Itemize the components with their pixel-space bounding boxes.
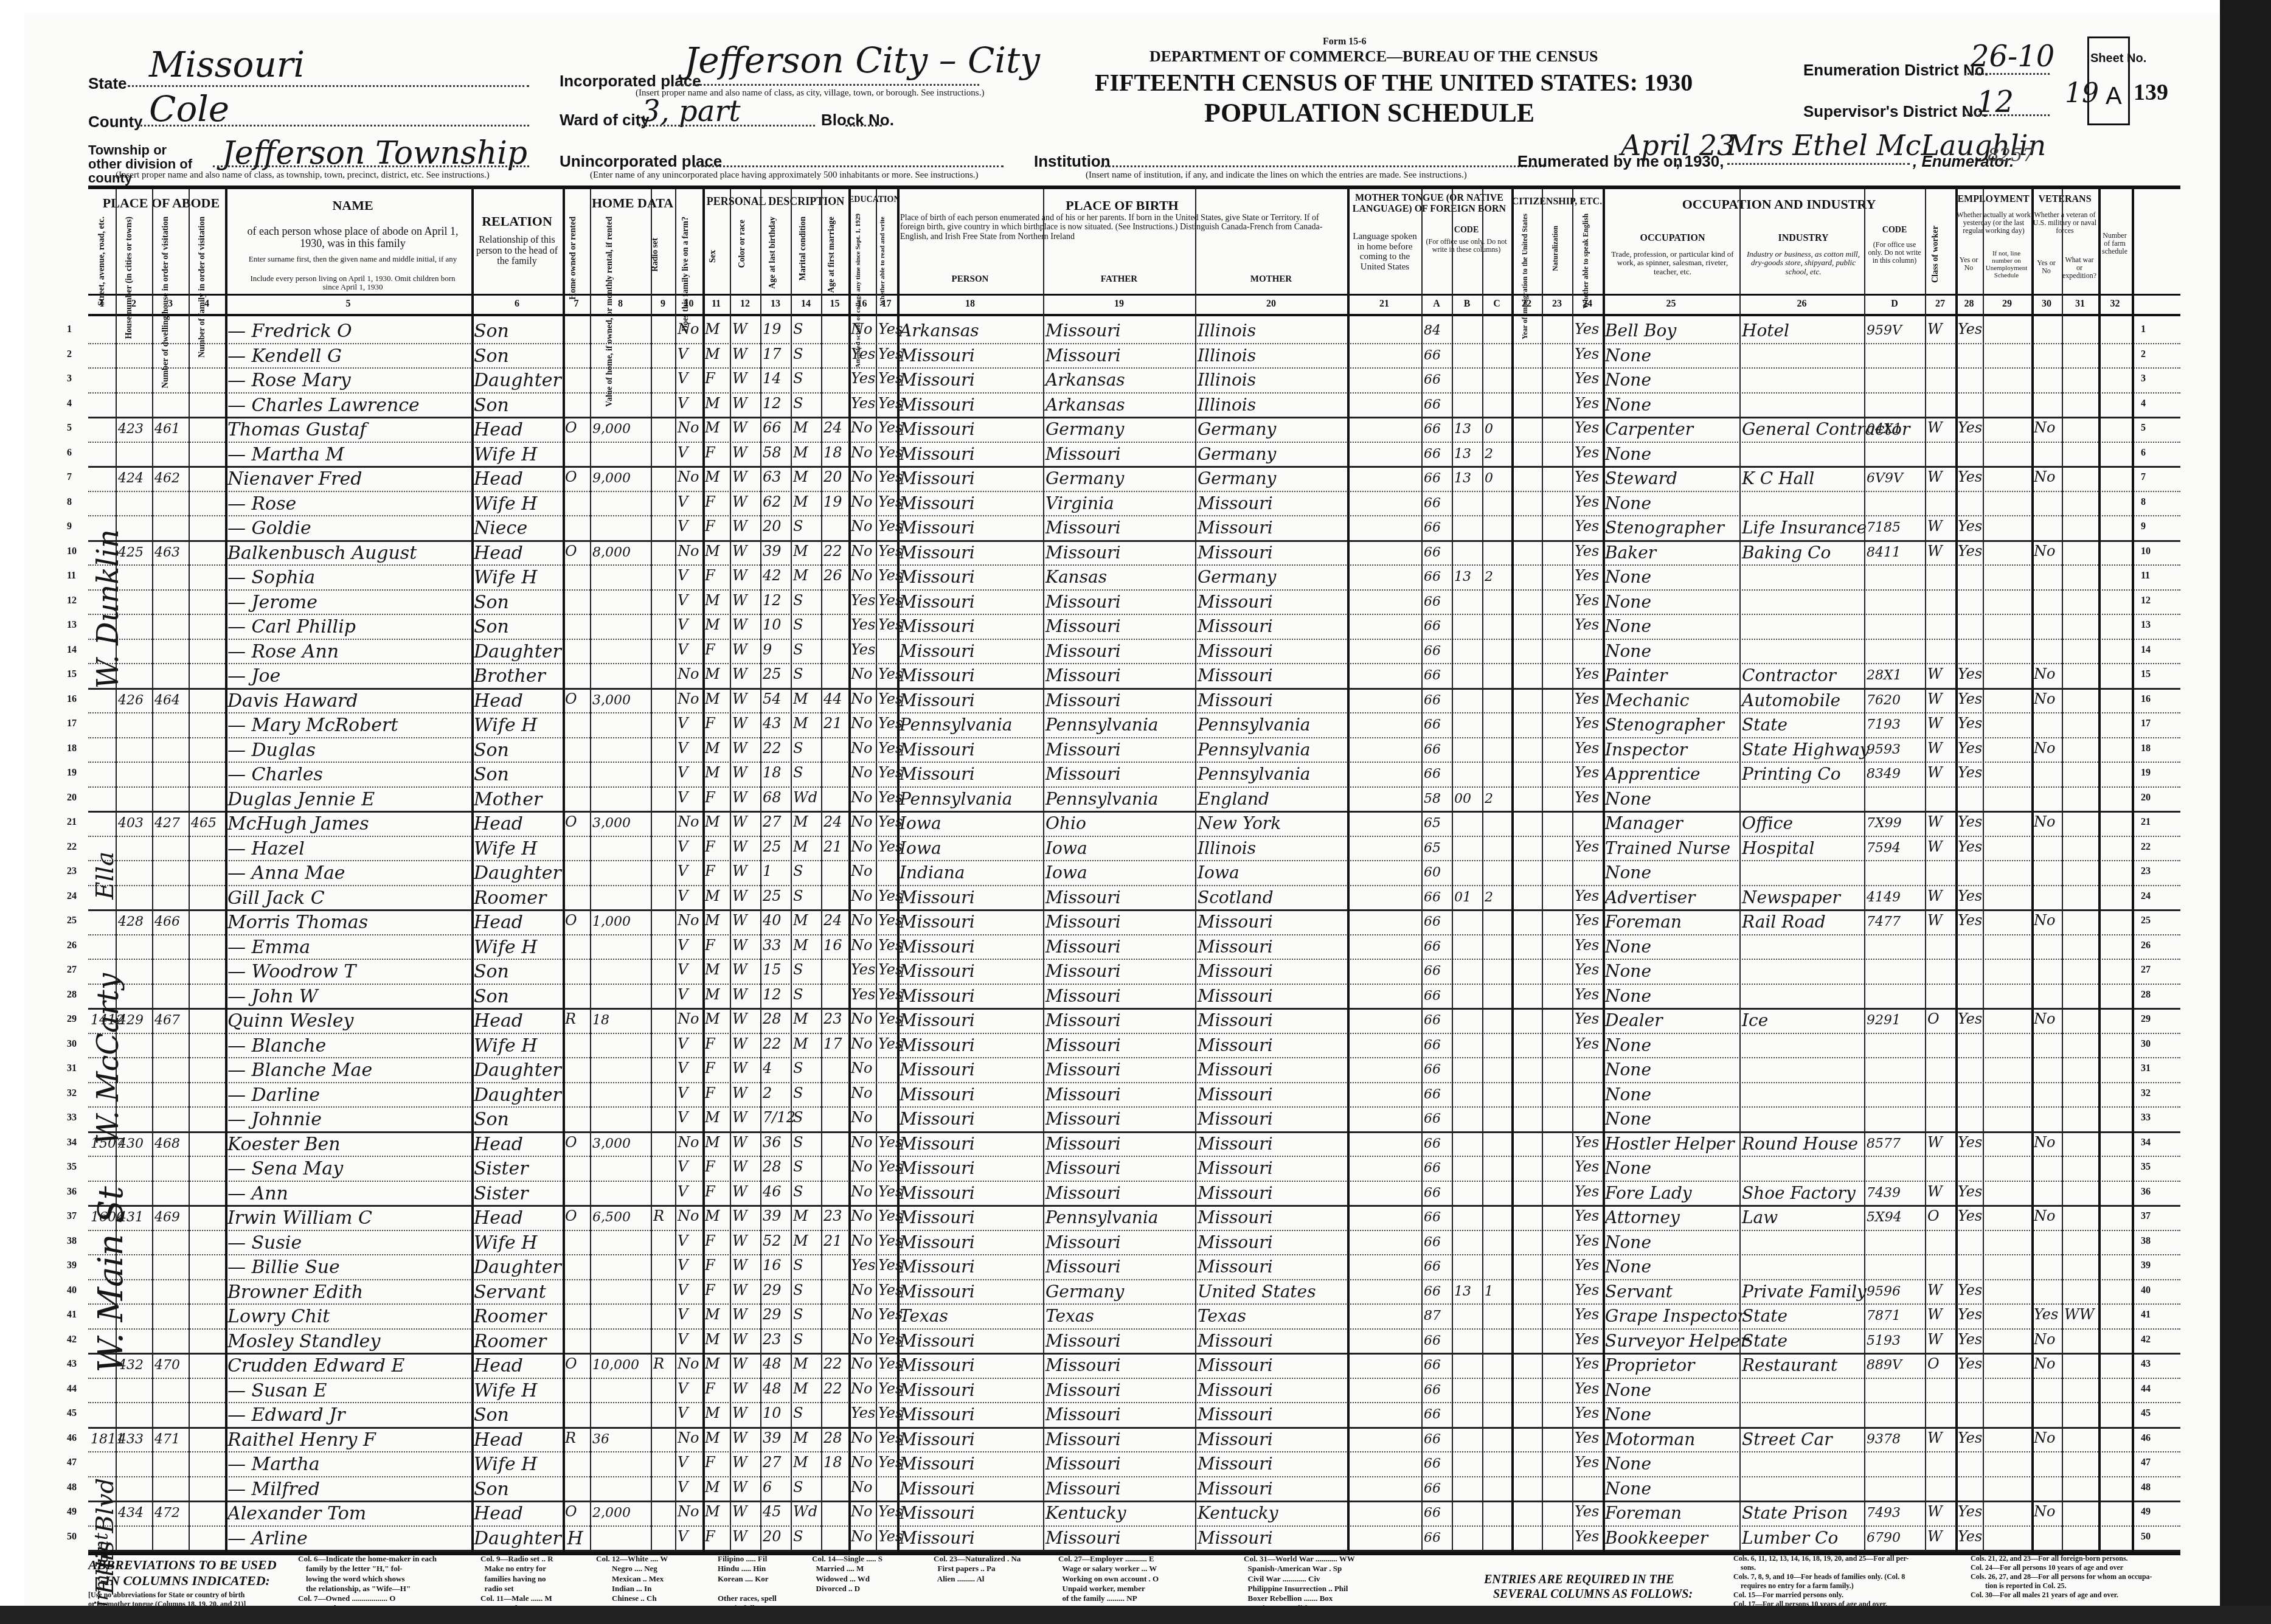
- abbrev-col6: Col. 6—Indicate the home-maker in each f…: [298, 1554, 437, 1614]
- cell-industry: Office: [1742, 813, 1793, 833]
- cell-occupation: Stenographer: [1605, 518, 1724, 538]
- emp-yes-no: Yes or No: [1957, 256, 1981, 272]
- cell-father: Missouri: [1045, 1232, 1121, 1252]
- table-row: 1919— CharlesSonVMW18SNoYesMissouriMisso…: [88, 762, 2180, 788]
- cell-age: 9: [763, 641, 772, 658]
- cell-english: Yes: [1575, 1306, 1599, 1323]
- cell-code: 9593: [1867, 742, 1901, 757]
- column-divider: [1739, 189, 1741, 1552]
- cell-age: 10: [763, 1404, 782, 1421]
- line-number-right: 20: [2141, 793, 2151, 803]
- cell-father: Germany: [1045, 468, 1124, 488]
- cell-marital: M: [793, 1207, 808, 1224]
- cell-school: No: [851, 321, 872, 338]
- relation-description: Relationship of this person to the head …: [474, 235, 560, 267]
- column-divider: [1955, 189, 1958, 1552]
- street-label: W. McCarty: [91, 973, 125, 1145]
- department-title: DEPARTMENT OF COMMERCE—BUREAU OF THE CEN…: [1149, 47, 1598, 66]
- cell-occupation: Mechanic: [1605, 690, 1689, 710]
- cell-ca: 66: [1424, 742, 1441, 757]
- cell-race: W: [732, 641, 747, 658]
- cell-farm: No: [678, 665, 699, 682]
- column-number: 28: [1955, 299, 1983, 310]
- cell-ca: 66: [1424, 1210, 1441, 1225]
- column-divider: [1603, 189, 1605, 1552]
- cell-race: W: [732, 567, 747, 584]
- cell-name: — Susan E: [227, 1380, 327, 1401]
- cell-sex: F: [705, 518, 715, 535]
- cell-industry: Printing Co: [1742, 764, 1841, 784]
- cell-name: — Arline: [227, 1528, 308, 1549]
- line-number-left: 50: [67, 1532, 77, 1542]
- cell-mother: Pennsylvania: [1198, 715, 1311, 735]
- cell-ca: 66: [1424, 471, 1441, 486]
- cell-marital: M: [793, 937, 808, 954]
- cell-emp: Yes: [1958, 690, 1982, 707]
- cell-marital: S: [793, 740, 803, 757]
- cell-class: W: [1927, 764, 1943, 781]
- cell-marital: S: [793, 764, 803, 781]
- cell-vet: No: [2034, 813, 2055, 830]
- cell-farm: V: [678, 518, 688, 535]
- cell-relation: Daughter: [474, 1257, 561, 1278]
- cell-marital: S: [793, 1084, 803, 1102]
- cell-sex: F: [705, 1060, 715, 1077]
- cell-marital: S: [793, 1282, 803, 1299]
- column-number: 2: [116, 299, 152, 310]
- cell-cc: 0: [1485, 471, 1493, 486]
- cell-marital: S: [793, 1306, 803, 1323]
- cell-cb: 01: [1454, 890, 1471, 905]
- table-row: 2424Gill Jack CRoomerVMW25SNoYesMissouri…: [88, 885, 2180, 912]
- cell-sex: M: [705, 986, 720, 1003]
- table-row: 3939— Billie SueDaughterVFW16SYesYesMiss…: [88, 1254, 2180, 1280]
- line-number-left: 32: [67, 1088, 77, 1099]
- cell-occupation: None: [1605, 1158, 1651, 1178]
- cell-english: Yes: [1575, 740, 1599, 757]
- cell-mother: England: [1198, 789, 1269, 809]
- cell-birth: Indiana: [900, 862, 965, 883]
- cell-class: W: [1927, 518, 1943, 535]
- cell-owned: O: [565, 1503, 577, 1520]
- cell-occupation: None: [1605, 592, 1651, 612]
- cell-marital: Wd: [793, 789, 817, 806]
- cell-father: Missouri: [1045, 912, 1121, 932]
- cell-relation: Wife H: [474, 1035, 537, 1057]
- line-number-right: 17: [2141, 718, 2151, 729]
- column-number: 21: [1347, 299, 1421, 310]
- cell-industry: State Prison: [1742, 1503, 1848, 1523]
- cell-marital: S: [793, 1257, 803, 1274]
- line-number-left: 29: [67, 1014, 77, 1025]
- cell-occupation: Foreman: [1605, 1503, 1682, 1523]
- cell-house: 426: [118, 693, 144, 708]
- cell-race: W: [732, 1355, 747, 1372]
- sd-label: Supervisor's District No.: [1803, 102, 1987, 121]
- cell-english: Yes: [1575, 1035, 1599, 1052]
- column-divider: [1542, 189, 1543, 1552]
- cell-farm: No: [678, 813, 699, 830]
- cell-ca: 66: [1424, 372, 1441, 387]
- line-number-right: 46: [2141, 1433, 2151, 1444]
- cell-value: 8,000: [592, 545, 631, 560]
- cell-school: No: [851, 740, 872, 757]
- cell-relation: Son: [474, 1479, 509, 1500]
- cell-birth: Missouri: [900, 937, 975, 957]
- cell-ca: 66: [1424, 914, 1441, 929]
- table-row: 2323— Anna MaeDaughterVFW1SNoIndianaIowa…: [88, 860, 2180, 886]
- group-name: NAME: [234, 198, 471, 213]
- cell-marital: S: [793, 518, 803, 535]
- cell-marital: S: [793, 1404, 803, 1421]
- cell-vet: Yes: [2034, 1306, 2058, 1323]
- cell-age: 10: [763, 616, 782, 633]
- column-divider: [152, 189, 153, 1552]
- cell-class: W: [1927, 1134, 1943, 1151]
- cell-cb: 13: [1454, 569, 1471, 585]
- cell-owned: O: [565, 1207, 577, 1224]
- cell-school: No: [851, 1134, 872, 1151]
- cell-class: O: [1927, 1010, 1940, 1027]
- line-number-left: 17: [67, 718, 77, 729]
- cell-birth: Iowa: [900, 813, 941, 833]
- cell-age-marriage: 16: [823, 937, 842, 954]
- group-home-data: HOME DATA: [563, 195, 702, 211]
- cell-emp: Yes: [1958, 1331, 1982, 1348]
- cell-birth: Missouri: [900, 1109, 975, 1129]
- cell-farm: No: [678, 912, 699, 929]
- cell-occupation: None: [1605, 395, 1651, 415]
- line-number-right: 26: [2141, 940, 2151, 951]
- cell-marital: S: [793, 1060, 803, 1077]
- cell-english: Yes: [1575, 961, 1599, 978]
- cell-farm: No: [678, 1429, 699, 1446]
- cell-farm: V: [678, 616, 688, 633]
- line-number-left: 22: [67, 842, 77, 853]
- occ-code-header: CODE: [1867, 226, 1922, 235]
- cell-english: Yes: [1575, 937, 1599, 954]
- column-divider: [876, 189, 877, 1552]
- cell-age-marriage: 22: [823, 1380, 842, 1397]
- cell-ca: 66: [1424, 569, 1441, 585]
- cell-birth: Missouri: [900, 1355, 975, 1375]
- cell-birth: Missouri: [900, 345, 975, 366]
- cell-race: W: [732, 937, 747, 954]
- cell-age: 20: [763, 1528, 782, 1545]
- group-citizenship: CITIZENSHIP, ETC.: [1511, 196, 1603, 207]
- column-number: 9: [651, 299, 675, 310]
- cell-code: 5193: [1867, 1333, 1901, 1348]
- cell-farm: No: [678, 1355, 699, 1372]
- cell-english: Yes: [1575, 321, 1599, 338]
- line-number-left: 43: [67, 1359, 77, 1370]
- cell-marital: M: [793, 567, 808, 584]
- cell-ca: 66: [1424, 1013, 1441, 1028]
- enumeration-year: , 1930,: [1676, 152, 1724, 171]
- cell-occupation: Attorney: [1605, 1207, 1680, 1227]
- table-row: 2626— EmmaWife HVFW33M16NoYesMissouriMis…: [88, 934, 2180, 960]
- cell-farm: V: [678, 1158, 688, 1175]
- cell-marital: S: [793, 1528, 803, 1545]
- cell-mother: New York: [1198, 813, 1281, 833]
- cell-sex: F: [705, 1282, 715, 1299]
- cell-farm: V: [678, 1060, 688, 1077]
- state-value: Missouri: [149, 44, 305, 85]
- column-divider: [675, 189, 676, 1552]
- cell-cc: 2: [1485, 890, 1493, 905]
- cell-age: 28: [763, 1010, 782, 1027]
- cell-vet: No: [2034, 1331, 2055, 1348]
- occupation-header: OCCUPATION: [1609, 233, 1736, 244]
- cell-age: 12: [763, 395, 782, 412]
- table-row: 1818— DuglasSonVMW22SNoYesMissouriMissou…: [88, 737, 2180, 763]
- table-row: 3838— SusieWife HVFW52M21NoYesMissouriMi…: [88, 1230, 2180, 1256]
- cell-birth: Missouri: [900, 1035, 975, 1055]
- cell-race: W: [732, 1503, 747, 1520]
- table-row: 34341507430468Koester BenHeadO3,000NoMW3…: [88, 1131, 2180, 1157]
- cell-name: Quinn Wesley: [227, 1010, 354, 1032]
- cell-name: Balkenbusch August: [227, 543, 417, 564]
- column-number: 20: [1195, 299, 1347, 310]
- cell-name: Duglas Jennie E: [227, 789, 375, 810]
- cell-sex: F: [705, 1257, 715, 1274]
- cell-marital: M: [793, 1232, 808, 1249]
- cell-occupation: Bell Boy: [1605, 321, 1676, 341]
- industry-description: Industry or business, as cotton mill, dr…: [1742, 250, 1864, 276]
- cell-school: No: [851, 1282, 872, 1299]
- cell-age: 48: [763, 1380, 782, 1397]
- cell-sex: M: [705, 1479, 720, 1496]
- farm-schedule-header: Number of farm schedule: [2100, 232, 2129, 256]
- cell-ca: 66: [1424, 963, 1441, 979]
- cell-mother: Missouri: [1198, 665, 1273, 685]
- column-number: 7: [563, 299, 590, 310]
- line-number-left: 38: [67, 1236, 77, 1247]
- cell-marital: S: [793, 395, 803, 412]
- cell-emp: Yes: [1958, 764, 1982, 781]
- table-row: 4343432470Crudden Edward EHeadO10,000RNo…: [88, 1353, 2180, 1379]
- cell-mother: Missouri: [1198, 493, 1273, 513]
- cell-marital: S: [793, 1479, 803, 1496]
- abbrev-col12-b: Filipino ..... Fil Hindu ..... Hin Korea…: [718, 1554, 777, 1614]
- table-row: 1616426464Davis HawardHeadO3,000NoMW54M4…: [88, 688, 2180, 714]
- cell-sex: M: [705, 395, 720, 412]
- ed-value: 26-10: [1971, 40, 2054, 74]
- cell-sex: M: [705, 912, 720, 929]
- cell-ca: 66: [1424, 668, 1441, 683]
- cell-marital: S: [793, 1134, 803, 1151]
- table-row: 1515— JoeBrotherNoMW25SNoYesMissouriMiss…: [88, 663, 2180, 690]
- cell-name: Gill Jack C: [227, 887, 325, 909]
- cell-age-marriage: 26: [823, 567, 842, 584]
- cell-sex: F: [705, 1183, 715, 1200]
- cell-farm: No: [678, 1503, 699, 1520]
- cell-ca: 66: [1424, 1481, 1441, 1496]
- cell-farm: No: [678, 468, 699, 485]
- cell-class: O: [1927, 1207, 1940, 1224]
- cell-sex: M: [705, 1404, 720, 1421]
- line-number-right: 43: [2141, 1359, 2151, 1370]
- table-row: 3131— Blanche MaeDaughterVFW4SNoMissouri…: [88, 1057, 2180, 1083]
- cell-ca: 66: [1424, 348, 1441, 363]
- cell-ca: 66: [1424, 1185, 1441, 1201]
- cell-class: W: [1927, 740, 1943, 757]
- cell-age: 1: [763, 862, 772, 880]
- cell-race: W: [732, 1282, 747, 1299]
- cell-code: 6V9V: [1867, 471, 1903, 486]
- column-divider: [848, 189, 851, 1552]
- cell-age: 16: [763, 1257, 782, 1274]
- cell-radio: R: [653, 1207, 664, 1224]
- cell-relation: Head: [474, 1134, 523, 1155]
- cell-age: 25: [763, 887, 782, 904]
- occ-code-description: (For office use only. Do not write in th…: [1867, 241, 1922, 265]
- cell-name: — Blanche Mae: [227, 1060, 372, 1081]
- cell-marital: M: [793, 1454, 808, 1471]
- cell-value: 3,000: [592, 816, 631, 831]
- cell-age: 12: [763, 986, 782, 1003]
- cell-industry: Private Family: [1742, 1282, 1867, 1302]
- group-mother-tongue: MOTHER TONGUE (OR NATIVE LANGUAGE) OF FO…: [1347, 193, 1511, 215]
- cell-class: W: [1927, 690, 1943, 707]
- cell-sex: F: [705, 1454, 715, 1471]
- line-number-left: 19: [67, 768, 77, 779]
- line-number-right: 22: [2141, 842, 2151, 853]
- column-divider: [1452, 189, 1453, 1552]
- cell-sex: M: [705, 543, 720, 560]
- cell-dwelling: 461: [154, 422, 180, 437]
- table-row: 29291412429467Quinn WesleyHeadR18NoMW28M…: [88, 1008, 2180, 1034]
- cell-occupation: Manager: [1605, 813, 1683, 833]
- sex-header: Sex: [709, 250, 718, 263]
- column-number: 24: [1572, 299, 1603, 310]
- group-education: EDUCATION: [848, 195, 897, 205]
- cell-ca: 66: [1424, 520, 1441, 535]
- line-number-left: 33: [67, 1112, 77, 1123]
- cell-farm: No: [678, 1134, 699, 1151]
- cell-ca: 66: [1424, 496, 1441, 511]
- cell-farm: V: [678, 789, 688, 806]
- cell-sex: M: [705, 419, 720, 436]
- cell-relation: Roomer: [474, 1306, 546, 1327]
- column-number: 15: [821, 299, 848, 310]
- cell-relation: Son: [474, 592, 509, 613]
- cell-name: Davis Haward: [227, 690, 358, 712]
- column-number: C: [1482, 299, 1511, 310]
- table-row: 4444— Susan EWife HVFW48M22NoYesMissouri…: [88, 1378, 2180, 1404]
- cell-sex: M: [705, 345, 720, 363]
- cell-marital: M: [793, 1035, 808, 1052]
- cell-industry: Rail Road: [1742, 912, 1826, 932]
- line-number-left: 2: [67, 349, 72, 360]
- group-place-of-abode: PLACE OF ABODE: [88, 195, 234, 211]
- line-number-left: 13: [67, 620, 77, 631]
- table-row: 2121403427465McHugh JamesHeadO3,000NoMW2…: [88, 811, 2180, 837]
- cell-name: — Woodrow T: [227, 961, 356, 982]
- cell-age-marriage: 18: [823, 1454, 842, 1471]
- cell-father: Missouri: [1045, 764, 1121, 784]
- cell-father: Iowa: [1045, 838, 1087, 858]
- cell-occupation: None: [1605, 345, 1651, 366]
- cell-school: No: [851, 493, 872, 510]
- state-label: State: [88, 74, 127, 93]
- cell-english: Yes: [1575, 1454, 1599, 1471]
- cell-sex: M: [705, 1109, 720, 1126]
- cell-father: Missouri: [1045, 345, 1121, 366]
- cell-vet: No: [2034, 1134, 2055, 1151]
- cell-school: No: [851, 419, 872, 436]
- line-number-right: 2: [2141, 349, 2146, 360]
- cell-mother: Missouri: [1198, 518, 1273, 538]
- line-number-right: 10: [2141, 546, 2151, 557]
- cell-occupation: None: [1605, 641, 1651, 661]
- line-number-left: 41: [67, 1310, 77, 1320]
- cell-english: Yes: [1575, 592, 1599, 609]
- cell-age: 23: [763, 1331, 782, 1348]
- cell-english: Yes: [1575, 1158, 1599, 1175]
- column-number: 1: [88, 299, 116, 310]
- cell-dwelling: 470: [154, 1358, 180, 1373]
- cell-relation: Servant: [474, 1282, 546, 1303]
- column-divider: [1195, 189, 1196, 1552]
- cell-relation: Daughter: [474, 641, 561, 662]
- cell-class: W: [1927, 1429, 1943, 1446]
- line-number-right: 47: [2141, 1457, 2151, 1468]
- cell-occupation: None: [1605, 567, 1651, 587]
- cell-marital: M: [793, 493, 808, 510]
- column-divider: [2132, 189, 2134, 1552]
- cell-code: 7493: [1867, 1505, 1901, 1521]
- cell-age: 45: [763, 1503, 782, 1520]
- table-row: 1212— JeromeSonVMW12SYesYesMissouriMisso…: [88, 589, 2180, 616]
- line-number-right: 45: [2141, 1408, 2151, 1419]
- cell-english: Yes: [1575, 789, 1599, 806]
- cell-race: W: [732, 1257, 747, 1274]
- cell-mother: Missouri: [1198, 1183, 1273, 1203]
- cell-age-marriage: 22: [823, 543, 842, 560]
- cell-mother: Missouri: [1198, 1404, 1273, 1424]
- cell-marital: M: [793, 912, 808, 929]
- cell-occupation: Inspector: [1605, 740, 1687, 760]
- cell-vet: No: [2034, 419, 2055, 436]
- cell-emp: Yes: [1958, 419, 1982, 436]
- cell-school: No: [851, 937, 872, 954]
- abbrev-col12: Col. 12—White .... W Negro .... Neg Mexi…: [596, 1554, 668, 1614]
- table-row: 2828— John WSonVMW12SYesYesMissouriMisso…: [88, 984, 2180, 1010]
- line-number-left: 35: [67, 1162, 77, 1173]
- table-row: 4949434472Alexander TomHeadO2,000NoMW45W…: [88, 1501, 2180, 1527]
- cell-school: No: [851, 1429, 872, 1446]
- cell-marital: S: [793, 321, 803, 338]
- cell-sex: M: [705, 1207, 720, 1224]
- cell-sex: M: [705, 616, 720, 633]
- cell-age: 15: [763, 961, 782, 978]
- line-number-left: 27: [67, 965, 77, 976]
- cell-birth: Missouri: [900, 493, 975, 513]
- cell-age: 39: [763, 1207, 782, 1224]
- cell-industry: Street Car: [1742, 1429, 1832, 1449]
- cell-name: Morris Thomas: [227, 912, 368, 933]
- cell-farm: V: [678, 345, 688, 363]
- cell-school: Yes: [851, 986, 875, 1003]
- cell-code: 889V: [1867, 1358, 1902, 1373]
- cell-age: 22: [763, 740, 782, 757]
- column-number: B: [1452, 299, 1482, 310]
- cell-english: Yes: [1575, 1331, 1599, 1348]
- cell-code: 8349: [1867, 766, 1901, 782]
- abbrev-col27: Col. 27—Employer ........... E Wage or s…: [1058, 1554, 1159, 1603]
- cell-marital: S: [793, 665, 803, 682]
